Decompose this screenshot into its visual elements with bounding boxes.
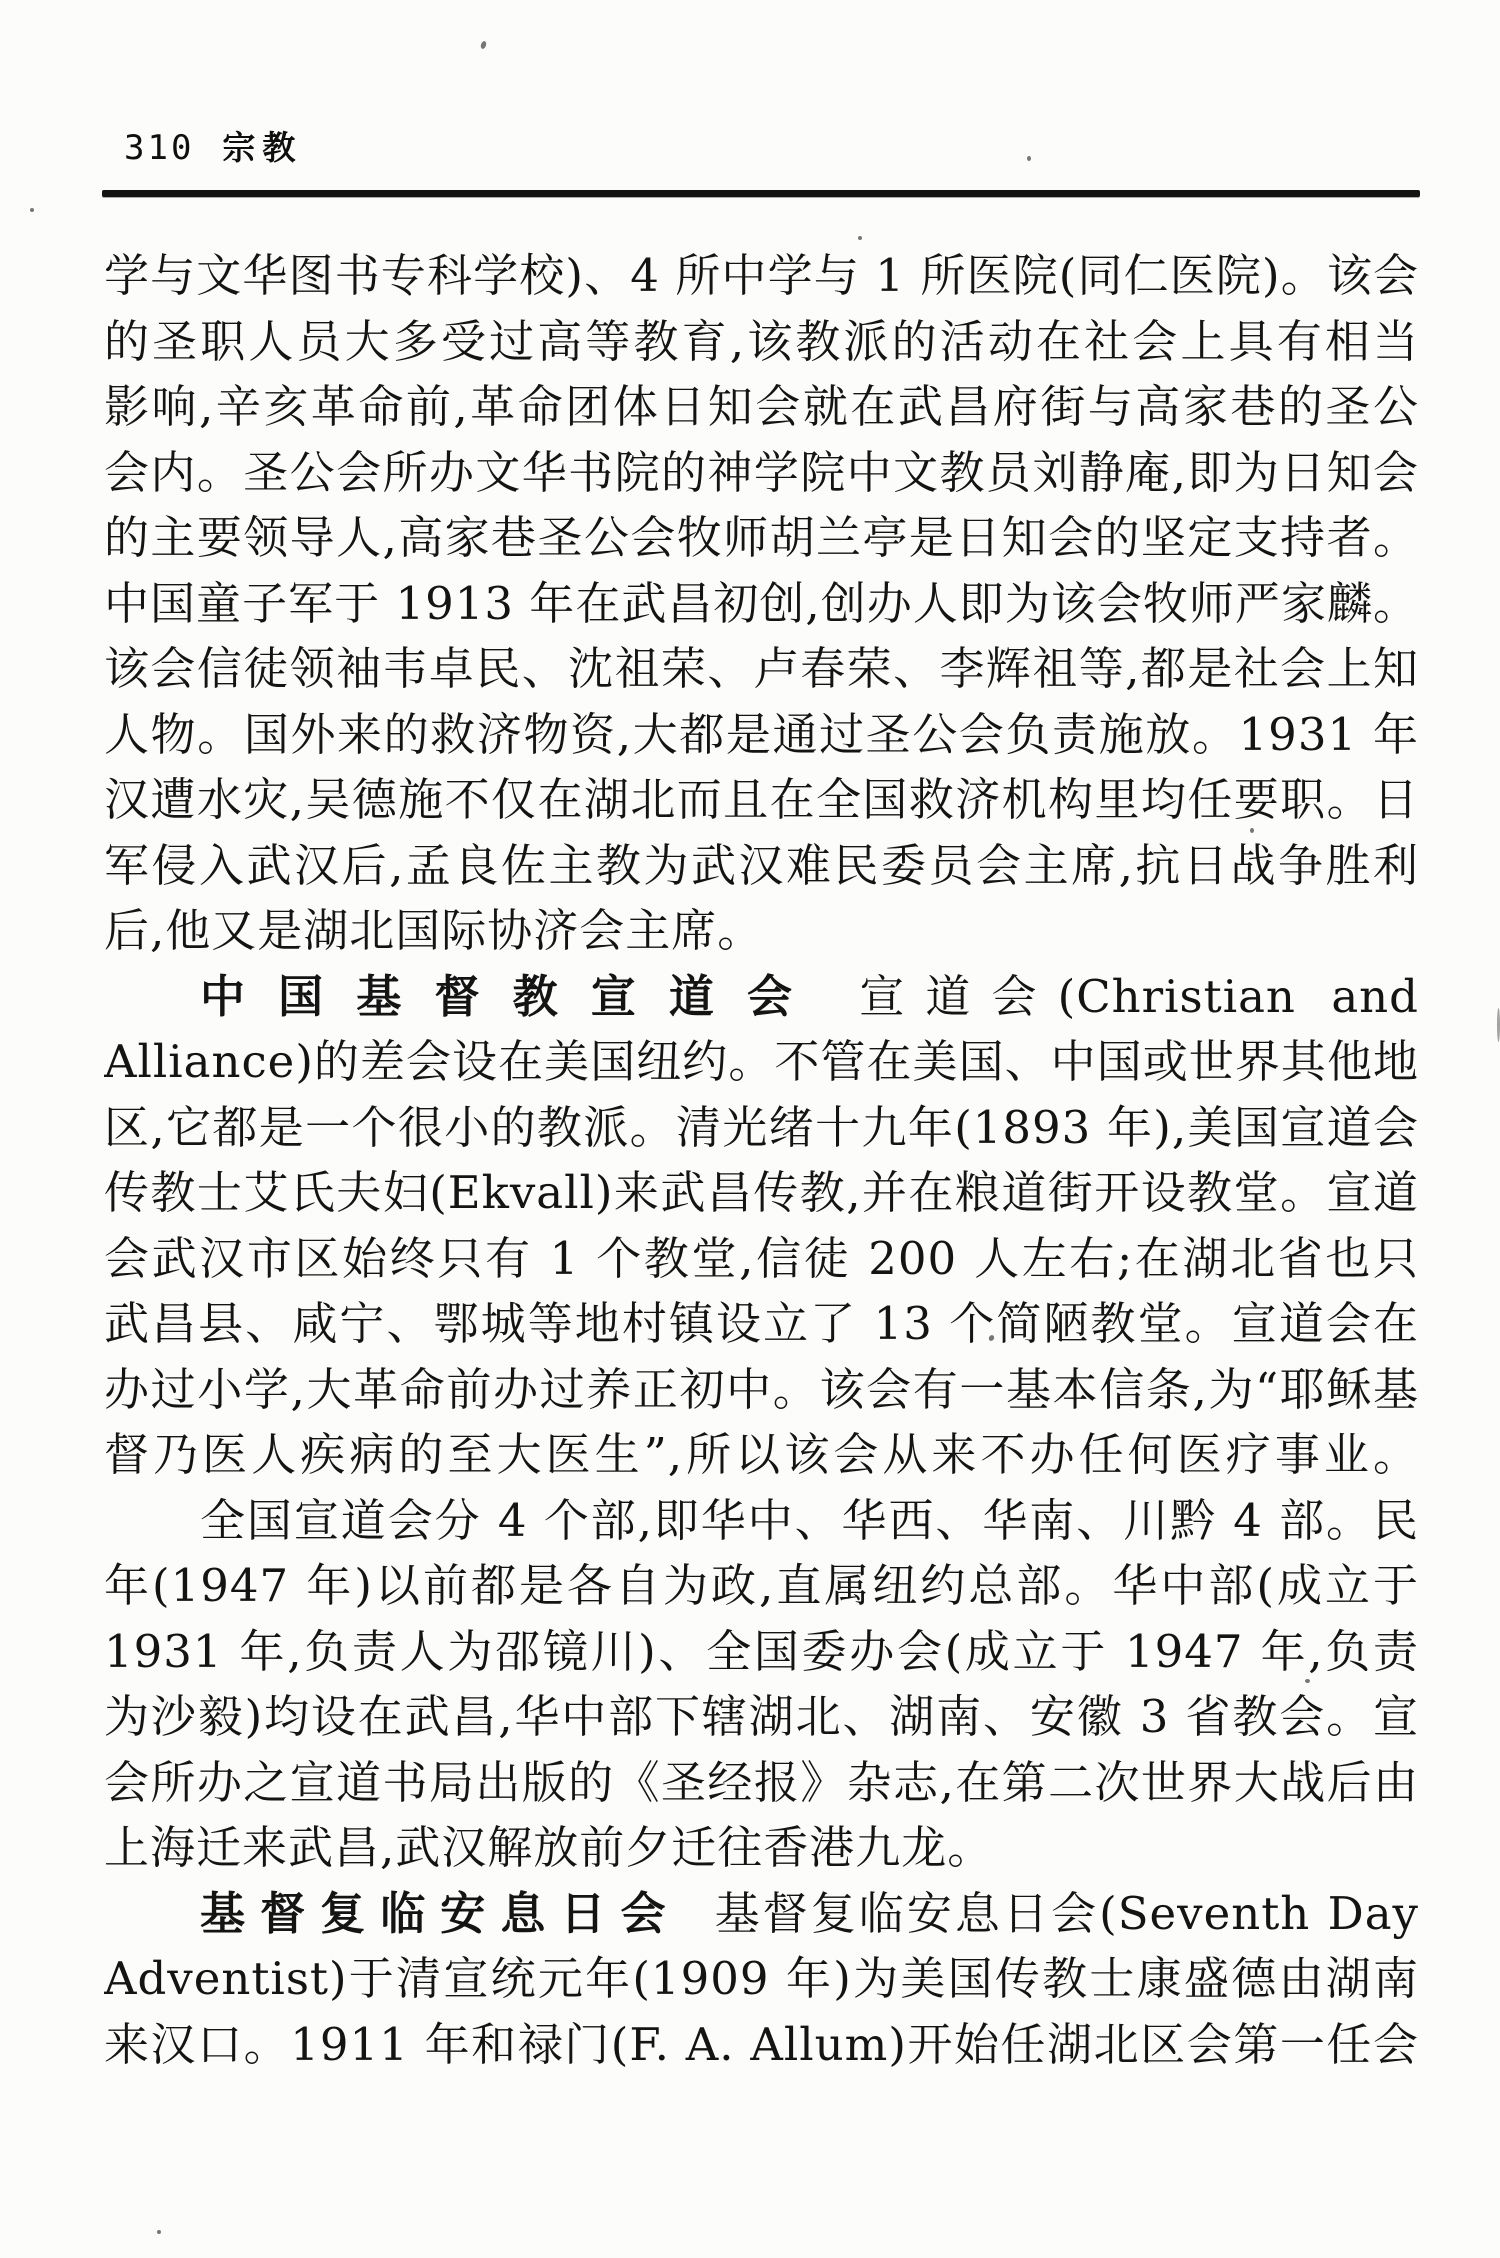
text-line: 基督复临安息日会基督复临安息日会(Seventh Day — [104, 1881, 1419, 1947]
text-line: 会所办之宣道书局出版的《圣经报》杂志,在第二次世界大战后由 — [104, 1750, 1419, 1816]
text-line: 1931 年,负责人为邵镜川)、全国委办会(成立于 1947 年,负责人 — [104, 1619, 1419, 1685]
text-line: 学与文华图书专科学校)、4 所中学与 1 所医院(同仁医院)。该会 — [104, 243, 1419, 309]
paragraph-xuandaohui-organization: 全国宣道会分 4 个部,即华中、华西、华南、川黔 4 部。民国 36 年(194… — [104, 1488, 1419, 1881]
text-line: 中国基督教宣道会宣道会(Christian and Missionary — [104, 964, 1419, 1030]
scan-speck — [1250, 828, 1254, 833]
text-line: 年(1947 年)以前都是各自为政,直属纽约总部。华中部(成立于 — [104, 1553, 1419, 1619]
entry-term: 基督复临安息日会 — [200, 1887, 681, 1940]
scan-speck — [1305, 1679, 1310, 1683]
running-header: 310宗教 — [124, 128, 302, 168]
text-line: 后,他又是湖北国际协济会主席。 — [104, 898, 1419, 964]
entry-term: 中国基督教宣道会 — [200, 970, 825, 1023]
text-line: 会内。圣公会所办文华书院的神学院中文教员刘静庵,即为日知会 — [104, 440, 1419, 506]
text-line: 影响,辛亥革命前,革命团体日知会就在武昌府街与高家巷的圣公 — [104, 374, 1419, 440]
scan-speck — [858, 236, 862, 240]
text-line: 传教士艾氏夫妇(Ekvall)来武昌传教,并在粮道街开设教堂。宣道 — [104, 1160, 1419, 1226]
scan-speck — [30, 208, 34, 212]
text-line: 的主要领导人,高家巷圣公会牧师胡兰亭是日知会的坚定支持者。 — [104, 505, 1419, 571]
text-line: 全国宣道会分 4 个部,即华中、华西、华南、川黔 4 部。民国 36 — [104, 1488, 1419, 1554]
text-line: 来汉口。1911 年和禄门(F. A. Allum)开始任湖北区会第一任会 — [104, 2012, 1419, 2078]
text-line: 会武汉市区始终只有 1 个教堂,信徒 200 人左右;在湖北省也只在 — [104, 1226, 1419, 1292]
page-number: 310 — [124, 128, 194, 168]
text-line: 该会信徒领袖韦卓民、沈祖荣、卢春荣、李辉祖等,都是社会上知名 — [104, 636, 1419, 702]
scan-speck — [1027, 156, 1031, 161]
page-body: 学与文华图书专科学校)、4 所中学与 1 所医院(同仁医院)。该会 的圣职人员大… — [104, 243, 1419, 2077]
paragraph-shenggonghui: 学与文华图书专科学校)、4 所中学与 1 所医院(同仁医院)。该会 的圣职人员大… — [104, 243, 1419, 964]
book-page: 310宗教 学与文华图书专科学校)、4 所中学与 1 所医院(同仁医院)。该会 … — [0, 0, 1500, 2258]
section-title: 宗教 — [222, 128, 302, 167]
text-line: 为沙毅)均设在武昌,华中部下辖湖北、湖南、安徽 3 省教会。宣道 — [104, 1684, 1419, 1750]
scan-speck — [157, 2230, 161, 2234]
text-line: 督乃医人疾病的至大医生”,所以该会从来不办任何医疗事业。 — [104, 1422, 1419, 1488]
paragraph-anxiri-hui: 基督复临安息日会基督复临安息日会(Seventh Day Adventist)于… — [104, 1881, 1419, 2078]
text-line: 办过小学,大革命前办过养正初中。该会有一基本信条,为“耶稣基 — [104, 1357, 1419, 1423]
text-line: Alliance)的差会设在美国纽约。不管在美国、中国或世界其他地 — [104, 1029, 1419, 1095]
scan-speck — [480, 40, 487, 49]
text-line: 的圣职人员大多受过高等教育,该教派的活动在社会上具有相当 — [104, 309, 1419, 375]
entry-first-text: 基督复临安息日会(Seventh Day — [715, 1887, 1419, 1940]
text-line: 区,它都是一个很小的教派。清光绪十九年(1893 年),美国宣道会 — [104, 1095, 1419, 1161]
text-line: 汉遭水灾,吴德施不仅在湖北而且在全国救济机构里均任要职。日 — [104, 767, 1419, 833]
header-rule — [102, 190, 1420, 197]
text-line: Adventist)于清宣统元年(1909 年)为美国传教士康盛德由湖南传 — [104, 1946, 1419, 2012]
text-line: 武昌县、咸宁、鄂城等地村镇设立了 13 个简陋教堂。宣道会在武汉 — [104, 1291, 1419, 1357]
paragraph-xuandaohui: 中国基督教宣道会宣道会(Christian and Missionary All… — [104, 964, 1419, 1488]
text-line: 军侵入武汉后,孟良佐主教为武汉难民委员会主席,抗日战争胜利 — [104, 833, 1419, 899]
text-line: 上海迁来武昌,武汉解放前夕迁往香港九龙。 — [104, 1815, 1419, 1881]
text-line: 中国童子军于 1913 年在武昌初创,创办人即为该会牧师严家麟。 — [104, 571, 1419, 637]
text-line: 人物。国外来的救济物资,大都是通过圣公会负责施放。1931 年武 — [104, 702, 1419, 768]
